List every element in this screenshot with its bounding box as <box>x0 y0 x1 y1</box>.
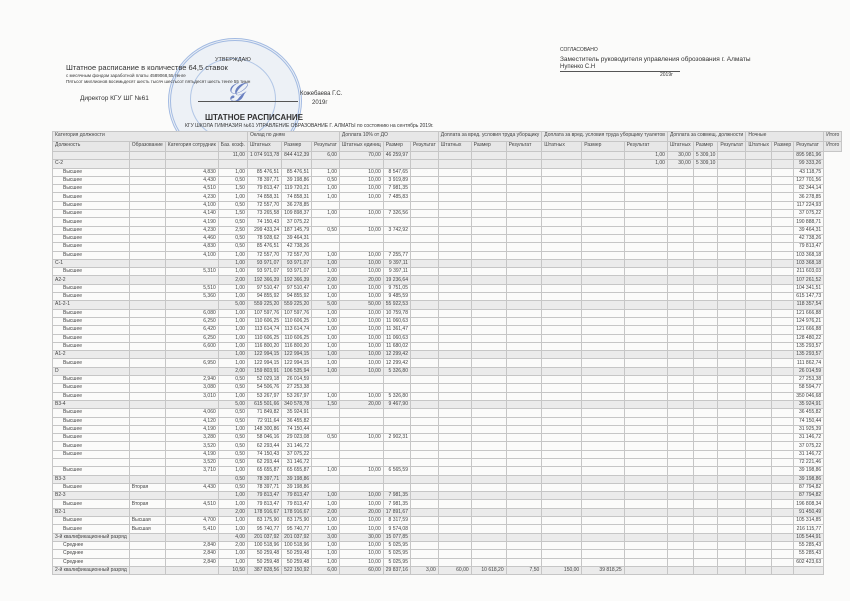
table-cell-dxst: 1,00 <box>312 259 340 267</box>
table-cell-x <box>772 450 794 458</box>
table-cell-x <box>718 409 746 417</box>
table-cell-x <box>746 367 772 375</box>
table-cell-vxst <box>411 193 439 201</box>
table-cell-vxsz <box>438 342 471 350</box>
table-cell-txsz <box>542 508 582 516</box>
table-cell-c: Высшее <box>53 309 130 317</box>
table-cell-sxsz <box>667 210 693 218</box>
table-cell-sxsz <box>667 276 693 284</box>
table-cell-coef <box>165 492 218 500</box>
table-cell-dxsz: 10,00 <box>339 334 383 342</box>
table-cell-total: 107 261,52 <box>794 276 824 284</box>
table-cell-sxres <box>693 475 718 483</box>
table-cell-dxres: 7 981,35 <box>383 492 410 500</box>
table-cell-vxsz <box>438 500 471 508</box>
table-cell-txsz <box>542 293 582 301</box>
table-cell-vxres <box>471 351 506 359</box>
table-cell-txst <box>506 359 542 367</box>
table-cell-sxst <box>624 309 667 317</box>
table-cell-size: 50 259,48 <box>247 558 281 566</box>
sub-header-cell: Результат <box>718 142 746 152</box>
table-cell-x <box>718 218 746 226</box>
sub-header-cell: Баз. коэф. <box>218 142 247 152</box>
table-cell-txres <box>582 384 624 392</box>
table-cell-sxsz <box>667 400 693 408</box>
table-cell-x <box>772 558 794 566</box>
table-cell-sxres <box>693 450 718 458</box>
table-cell-vxsz <box>438 201 471 209</box>
table-cell-vxst <box>411 326 439 334</box>
table-cell-dxst: 1,00 <box>312 558 340 566</box>
table-cell-dxsz: 70,00 <box>339 152 383 160</box>
header-category: Категория должности <box>53 132 248 142</box>
table-cell-coef: 4,190 <box>165 425 218 433</box>
table-cell-employee-category <box>129 293 165 301</box>
table-cell-dxsz: 10,00 <box>339 185 383 193</box>
table-cell-coef: 4,190 <box>165 218 218 226</box>
table-cell-sxst <box>624 409 667 417</box>
table-cell-x <box>772 160 794 168</box>
table-cell-size: 85 476,51 <box>247 243 281 251</box>
table-cell-res: 122 994,15 <box>282 359 312 367</box>
table-cell-res: 100 518,96 <box>282 541 312 549</box>
table-cell-x <box>772 517 794 525</box>
table-cell-vxst <box>411 541 439 549</box>
table-cell-dxsz: 10,00 <box>339 500 383 508</box>
table-cell-sxst <box>624 367 667 375</box>
table-cell-txst <box>506 541 542 549</box>
table-cell-dxsz: 10,00 <box>339 176 383 184</box>
sub-header-cell: Размер <box>582 142 624 152</box>
table-cell-dxsz: 10,00 <box>339 525 383 533</box>
table-cell-sxsz <box>667 243 693 251</box>
table-cell-sxst <box>624 234 667 242</box>
table-cell-total: 105 314,85 <box>794 517 824 525</box>
table-cell-coef <box>165 400 218 408</box>
table-cell-sxsz <box>667 492 693 500</box>
table-cell-sxres <box>693 492 718 500</box>
table-cell-size: 93 971,07 <box>247 268 281 276</box>
table-cell-txst <box>506 550 542 558</box>
table-cell-x <box>718 442 746 450</box>
table-cell-c: Высшее <box>53 342 130 350</box>
table-cell-vxst <box>411 392 439 400</box>
table-group-row: В3-45,00615 501,66340 578,781,5020,009 4… <box>53 400 842 408</box>
table-cell-txres <box>582 417 624 425</box>
table-cell-txst <box>506 458 542 466</box>
table-cell-res: 192 366,39 <box>282 276 312 284</box>
table-cell-sxst <box>624 185 667 193</box>
table-cell-txres <box>582 176 624 184</box>
table-cell-x <box>718 458 746 466</box>
table-cell-employee-category: Высшая <box>129 517 165 525</box>
table-cell-sxsz <box>667 409 693 417</box>
table-cell-x <box>746 359 772 367</box>
table-cell-txsz <box>542 301 582 309</box>
table-cell-x <box>746 376 772 384</box>
table-cell-sxsz <box>667 367 693 375</box>
table-cell-sxsz <box>667 317 693 325</box>
table-cell-sxsz <box>667 376 693 384</box>
table-cell-x <box>718 226 746 234</box>
table-cell-x <box>746 317 772 325</box>
sub-header-cell: Образование <box>129 142 165 152</box>
table-cell-res: 74 150,44 <box>282 425 312 433</box>
table-cell-x <box>746 152 772 160</box>
table-cell-dxsz: 10,00 <box>339 193 383 201</box>
table-cell-size: 78 397,71 <box>247 475 281 483</box>
table-cell-sxst <box>624 293 667 301</box>
table-cell-txres <box>582 392 624 400</box>
table-cell-vxst <box>411 384 439 392</box>
table-cell-sxres <box>693 234 718 242</box>
sub-header-cell: Штатных <box>746 142 772 152</box>
table-cell-txst <box>506 176 542 184</box>
table-cell-vxsz <box>438 276 471 284</box>
table-cell-st: 1,00 <box>218 251 247 259</box>
header-salary: Оклад по дням <box>247 132 339 142</box>
table-row: Высшее5,3601,0094 855,9294 855,921,0010,… <box>53 293 842 301</box>
sub-header-cell: Результат <box>411 142 439 152</box>
table-cell-vxst <box>411 334 439 342</box>
sub-header-cell: Штатных <box>438 142 471 152</box>
table-cell-dxsz <box>339 442 383 450</box>
table-cell-x <box>746 434 772 442</box>
table-cell-vxst <box>411 492 439 500</box>
table-cell-txsz <box>542 384 582 392</box>
table-cell-txst <box>506 475 542 483</box>
table-cell-dxres: 5 025,95 <box>383 558 410 566</box>
table-cell-size: 100 518,96 <box>247 541 281 549</box>
table-cell-x <box>746 218 772 226</box>
table-cell-vxres <box>471 334 506 342</box>
table-cell-vxsz <box>438 475 471 483</box>
table-cell-res: 26 014,59 <box>282 376 312 384</box>
table-cell-x <box>746 409 772 417</box>
table-cell-txres <box>582 185 624 193</box>
header-harmful-cleaner: Доплата за вред. условия труда уборщику <box>438 132 542 142</box>
table-cell-sxst <box>624 566 667 574</box>
table-cell-dxres <box>383 201 410 209</box>
table-cell-c: В2-3 <box>53 492 130 500</box>
table-cell-total: 602 423,63 <box>794 558 824 566</box>
table-cell-size: 71 849,82 <box>247 409 281 417</box>
sub-header-cell: Результат <box>794 142 824 152</box>
table-cell-sxres <box>693 517 718 525</box>
table-row: Высшее4,1401,5073 265,58109 898,371,0010… <box>53 210 842 218</box>
header-night: Ночные <box>746 132 824 142</box>
table-cell-size: 122 994,15 <box>247 359 281 367</box>
table-cell-sxst <box>624 201 667 209</box>
table-cell-employee-category <box>129 218 165 226</box>
table-cell-size: 110 606,25 <box>247 317 281 325</box>
table-cell-vxres <box>471 152 506 160</box>
table-cell-dxres <box>383 243 410 251</box>
table-cell-total: 190 888,71 <box>794 218 824 226</box>
table-row: Высшее4,1001,0072 557,7072 557,701,0010,… <box>53 251 842 259</box>
table-cell-txst <box>506 517 542 525</box>
table-cell-dxres: 8 547,65 <box>383 168 410 176</box>
table-cell-vxres <box>471 301 506 309</box>
table-cell-dxres: 12 299,42 <box>383 351 410 359</box>
table-cell-x <box>772 500 794 508</box>
table-cell-st: 1,00 <box>218 317 247 325</box>
table-cell-size: 116 800,20 <box>247 342 281 350</box>
table-cell-st: 0,50 <box>218 201 247 209</box>
table-cell-vxst <box>411 400 439 408</box>
table-cell-txsz <box>542 417 582 425</box>
table-cell-x <box>772 483 794 491</box>
table-cell-sxst: 1,00 <box>624 152 667 160</box>
table-cell-res: 95 740,77 <box>282 525 312 533</box>
table-cell-coef: 2,840 <box>165 558 218 566</box>
table-cell-sxst <box>624 251 667 259</box>
table-cell-dxres <box>383 218 410 226</box>
table-cell-coef: 4,230 <box>165 226 218 234</box>
table-cell-sxres: 5 309,10 <box>693 152 718 160</box>
table-cell-txst <box>506 558 542 566</box>
table-row: Высшее6,4201,00113 614,74113 614,741,001… <box>53 326 842 334</box>
table-cell-txres <box>582 293 624 301</box>
table-cell-sxst <box>624 508 667 516</box>
table-cell-dxsz <box>339 201 383 209</box>
table-cell-sxres <box>693 317 718 325</box>
table-cell-x <box>746 392 772 400</box>
table-cell-st: 1,00 <box>218 517 247 525</box>
table-cell-vxsz <box>438 376 471 384</box>
table-cell-sxsz <box>667 234 693 242</box>
table-cell-x <box>718 475 746 483</box>
table-cell-c: Высшее <box>53 293 130 301</box>
table-cell-dxres: 7 981,35 <box>383 185 410 193</box>
table-cell-size: 95 740,77 <box>247 525 281 533</box>
table-cell-size: 72 557,70 <box>247 251 281 259</box>
table-cell-dxsz: 10,00 <box>339 317 383 325</box>
table-cell-vxsz <box>438 210 471 218</box>
table-cell-vxsz <box>438 168 471 176</box>
table-cell-x <box>772 334 794 342</box>
table-cell-x <box>772 176 794 184</box>
table-cell-dxres: 9 751,05 <box>383 284 410 292</box>
table-cell-c: Высшее <box>53 450 130 458</box>
table-cell-dxst: 1,00 <box>312 193 340 201</box>
table-cell-txsz <box>542 342 582 350</box>
table-cell-txres <box>582 517 624 525</box>
table-cell-coef: 4,230 <box>165 193 218 201</box>
table-cell-vxres <box>471 517 506 525</box>
table-cell-x <box>746 309 772 317</box>
table-cell-st: 0,50 <box>218 234 247 242</box>
table-cell-vxst <box>411 201 439 209</box>
table-cell-vxres <box>471 500 506 508</box>
table-cell-txst <box>506 417 542 425</box>
table-cell-x <box>772 442 794 450</box>
table-cell-sxst <box>624 218 667 226</box>
table-cell-sxres <box>693 417 718 425</box>
table-cell-res: 31 146,72 <box>282 442 312 450</box>
table-cell-x <box>718 251 746 259</box>
table-cell-vxst <box>411 342 439 350</box>
table-cell-vxres <box>471 234 506 242</box>
table-cell-res <box>282 160 312 168</box>
table-cell-dxst: 1,00 <box>312 334 340 342</box>
table-cell-st: 1,00 <box>218 268 247 276</box>
table-cell-st: 0,50 <box>218 384 247 392</box>
table-cell-c: Высшее <box>53 185 130 193</box>
sub-header-cell: Результат <box>312 142 340 152</box>
table-cell-dxst <box>312 384 340 392</box>
table-cell-vxres <box>471 226 506 234</box>
table-cell-sxres <box>693 376 718 384</box>
table-row: 3,5200,5062 293,4431 146,7272 221,46 <box>53 458 842 466</box>
table-cell-size: 62 293,44 <box>247 442 281 450</box>
table-cell-coef: 5,410 <box>165 525 218 533</box>
table-cell-sxsz <box>667 384 693 392</box>
table-cell-txsz <box>542 376 582 384</box>
table-cell-st: 1,50 <box>218 210 247 218</box>
table-cell-vxres <box>471 268 506 276</box>
table-cell-sxsz <box>667 185 693 193</box>
table-cell-total: 128 480,22 <box>794 334 824 342</box>
table-cell-total: 26 014,59 <box>794 367 824 375</box>
table-cell-total: 36 455,82 <box>794 409 824 417</box>
table-cell-c: Высшее <box>53 376 130 384</box>
table-row: Высшее4,1000,5072 557,7036 278,85117 224… <box>53 201 842 209</box>
table-cell-size: 83 175,90 <box>247 517 281 525</box>
table-cell-dxres: 10 759,78 <box>383 309 410 317</box>
table-cell-x <box>746 566 772 574</box>
table-cell-sxres <box>693 176 718 184</box>
table-cell-vxres <box>471 392 506 400</box>
table-cell-txres <box>582 251 624 259</box>
table-cell-size: 387 828,56 <box>247 566 281 574</box>
table-cell-x <box>746 475 772 483</box>
table-cell-txres <box>582 234 624 242</box>
table-cell-x <box>746 210 772 218</box>
table-cell-vxsz <box>438 517 471 525</box>
table-cell-x <box>772 168 794 176</box>
table-cell-txsz <box>542 309 582 317</box>
table-cell-vxsz <box>438 234 471 242</box>
table-cell-vxst: 3,00 <box>411 566 439 574</box>
table-cell-dxst: 6,00 <box>312 152 340 160</box>
sub-header-cell: Итого <box>824 142 842 152</box>
table-cell-dxst <box>312 243 340 251</box>
table-cell-sxres <box>693 541 718 549</box>
table-cell-x <box>746 326 772 334</box>
table-cell-total: 31 925,39 <box>794 425 824 433</box>
table-cell-vxres <box>471 243 506 251</box>
table-cell-txres <box>582 525 624 533</box>
table-cell-employee-category <box>129 400 165 408</box>
table-cell-txsz <box>542 218 582 226</box>
table-cell-sxsz <box>667 425 693 433</box>
table-cell-dxsz: 10,00 <box>339 359 383 367</box>
table-cell-sxst <box>624 376 667 384</box>
table-row: Среднее2,8402,00100 518,96100 518,961,00… <box>53 541 842 549</box>
table-cell-vxsz <box>438 367 471 375</box>
table-cell-txsz <box>542 160 582 168</box>
table-cell-res: 50 259,48 <box>282 558 312 566</box>
table-cell-c: Высшее <box>53 176 130 184</box>
table-cell-sxres <box>693 309 718 317</box>
table-cell-sxsz <box>667 475 693 483</box>
table-cell-size: 299 433,24 <box>247 226 281 234</box>
table-cell-sxst <box>624 351 667 359</box>
table-cell-txst <box>506 268 542 276</box>
table-cell-x <box>746 259 772 267</box>
table-cell-res: 36 278,85 <box>282 201 312 209</box>
table-cell-dxsz: 10,00 <box>339 309 383 317</box>
table-cell-txst <box>506 367 542 375</box>
table-cell-x <box>746 384 772 392</box>
table-row: Высшее4,4600,5078 928,6239 464,3142 738,… <box>53 234 842 242</box>
table-cell-sxsz <box>667 467 693 475</box>
table-cell-vxres <box>471 317 506 325</box>
table-cell-employee-category <box>129 550 165 558</box>
table-cell-vxsz <box>438 533 471 541</box>
table-cell-vxsz <box>438 351 471 359</box>
table-cell-x <box>772 284 794 292</box>
table-cell-sxst <box>624 168 667 176</box>
table-cell-x <box>746 201 772 209</box>
table-cell-txst <box>506 234 542 242</box>
table-cell-size: 192 366,39 <box>247 276 281 284</box>
table-cell-dxsz: 30,00 <box>339 533 383 541</box>
table-cell-total: 42 738,26 <box>794 234 824 242</box>
table-cell-dxst: 1,00 <box>312 317 340 325</box>
table-cell-coef: 4,430 <box>165 176 218 184</box>
table-cell-x <box>772 342 794 350</box>
table-cell-vxsz <box>438 558 471 566</box>
table-cell-res: 116 800,20 <box>282 342 312 350</box>
table-cell-txsz <box>542 185 582 193</box>
table-cell-vxst <box>411 226 439 234</box>
table-cell-st: 5,00 <box>218 400 247 408</box>
table-group-row: С-21,0030,005 309,1099 333,26 <box>53 160 842 168</box>
table-cell-employee-category <box>129 234 165 242</box>
table-cell-employee-category <box>129 326 165 334</box>
table-cell-vxres <box>471 276 506 284</box>
table-cell-txst <box>506 342 542 350</box>
table-cell-dxres: 9 485,59 <box>383 293 410 301</box>
table-cell-coef: 4,430 <box>165 483 218 491</box>
table-cell-vxsz <box>438 409 471 417</box>
table-cell-dxres: 15 077,85 <box>383 533 410 541</box>
table-cell-size: 78 397,71 <box>247 483 281 491</box>
table-cell-txsz <box>542 483 582 491</box>
table-cell-txst <box>506 226 542 234</box>
table-cell-st: 1,00 <box>218 309 247 317</box>
table-cell-sxres <box>693 210 718 218</box>
table-cell-vxst <box>411 425 439 433</box>
table-cell-sxst <box>624 558 667 566</box>
table-cell-vxres <box>471 400 506 408</box>
table-cell-dxst: 2,00 <box>312 276 340 284</box>
table-cell-size: 559 225,20 <box>247 301 281 309</box>
table-cell-vxsz <box>438 251 471 259</box>
table-cell-txsz <box>542 210 582 218</box>
table-cell-employee-category <box>129 434 165 442</box>
table-cell-x <box>746 442 772 450</box>
table-cell-vxst <box>411 309 439 317</box>
table-cell-txst <box>506 276 542 284</box>
table-cell-size: 113 614,74 <box>247 326 281 334</box>
table-cell-res: 39 198,86 <box>282 176 312 184</box>
table-cell-sxres <box>693 201 718 209</box>
table-cell-res: 74 858,31 <box>282 193 312 201</box>
table-group-row: С-11,0093 971,0793 971,071,0010,009 397,… <box>53 259 842 267</box>
